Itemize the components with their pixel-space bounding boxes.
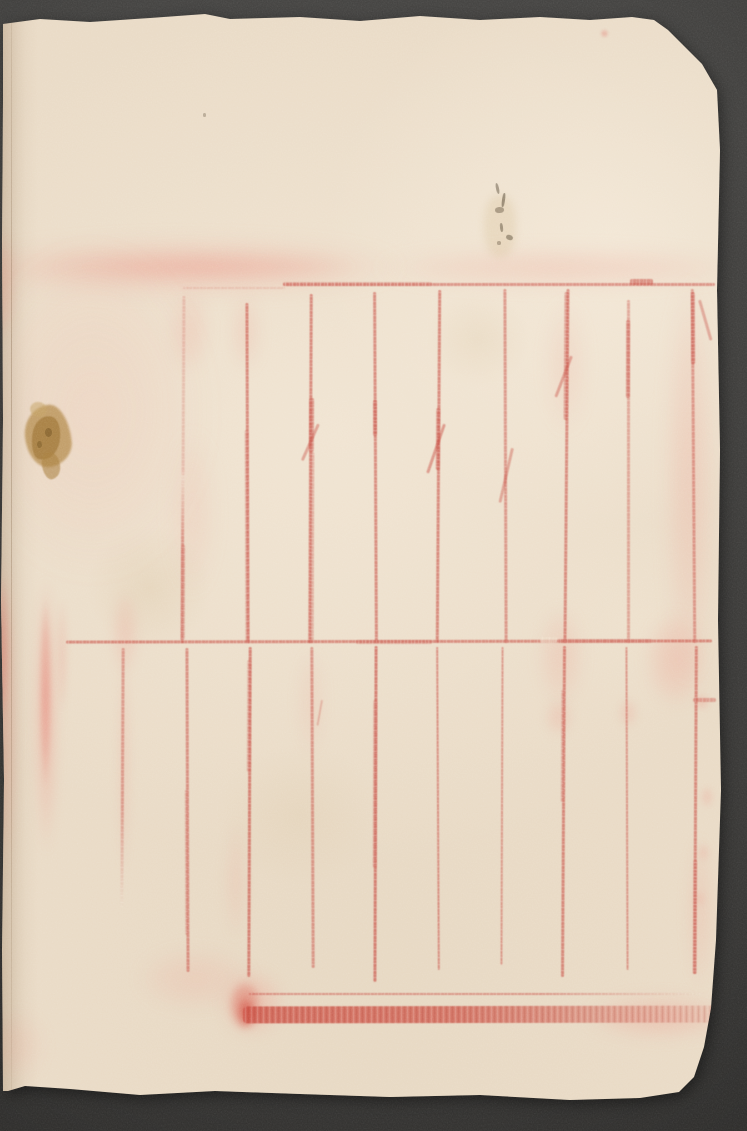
pink-offset-wash bbox=[220, 970, 284, 1036]
ink-smudge-mark bbox=[495, 183, 500, 194]
pink-offset-wash bbox=[55, 254, 355, 280]
pink-offset-wash bbox=[0, 248, 205, 573]
red-ruled-column-line bbox=[181, 545, 185, 640]
ink-smudge-mark bbox=[500, 223, 504, 232]
red-ruled-column-line bbox=[563, 289, 569, 643]
red-ruled-column-line bbox=[309, 294, 314, 643]
pink-offset-wash bbox=[700, 786, 714, 808]
red-ruled-horizontal-line bbox=[558, 639, 652, 643]
brown-adhesion-stain-blob bbox=[28, 400, 48, 419]
pink-offset-wash bbox=[0, 228, 16, 343]
pink-offset-wash bbox=[56, 598, 69, 713]
pink-offset-wash bbox=[296, 648, 326, 758]
red-ruled-column-line bbox=[561, 690, 565, 802]
red-ruled-column-line bbox=[185, 790, 189, 935]
pink-offset-wash bbox=[170, 430, 215, 595]
page-shadow bbox=[0, 0, 747, 1131]
red-ruled-column-line bbox=[373, 646, 377, 982]
ink-smudge-mark bbox=[497, 241, 501, 245]
ink-smudge-marks bbox=[0, 0, 747, 1131]
red-ruled-horizontal-line bbox=[356, 640, 432, 644]
red-ruled-column-line bbox=[627, 300, 630, 643]
red-ruled-column-line bbox=[500, 647, 503, 965]
red-ruled-column-line bbox=[185, 648, 189, 972]
ink-smudge-mark bbox=[495, 207, 504, 214]
pink-offset-wash bbox=[39, 598, 52, 788]
red-line-slash-stroke bbox=[301, 423, 320, 461]
pink-offset-wash bbox=[231, 292, 261, 372]
red-ruled-column-line bbox=[435, 290, 440, 643]
ink-smudge-mark bbox=[501, 193, 505, 207]
pink-offset-wash bbox=[0, 1010, 45, 1080]
red-ruled-horizontal-line bbox=[283, 283, 715, 286]
red-ruled-column-line bbox=[373, 700, 377, 868]
red-ruled-column-line bbox=[309, 398, 314, 452]
red-line-slash-stroke bbox=[426, 424, 446, 474]
red-ruled-column-line bbox=[181, 470, 185, 643]
brown-adhesion-stain-blob bbox=[22, 403, 74, 469]
red-ruled-horizontal-line bbox=[249, 993, 700, 996]
red-ruled-column-line bbox=[693, 860, 697, 974]
pink-offset-wash bbox=[375, 249, 745, 287]
red-ruled-column-line bbox=[503, 289, 507, 643]
pink-offset-wash bbox=[693, 890, 706, 907]
red-ruled-horizontal-line bbox=[66, 640, 712, 645]
red-ruled-column-line bbox=[247, 647, 251, 977]
red-ruled-horizontal-line bbox=[630, 279, 653, 285]
ink-smudge-mark bbox=[484, 195, 516, 257]
pink-offset-wash bbox=[33, 578, 59, 853]
fold-crease-line bbox=[11, 22, 13, 1093]
red-ruled-horizontal-line bbox=[540, 637, 557, 643]
brown-adhesion-stain-blob bbox=[45, 428, 52, 437]
pink-offset-wash bbox=[697, 843, 710, 862]
pink-offset-wash bbox=[116, 648, 132, 873]
pink-offset-wash bbox=[0, 575, 10, 725]
red-ruled-column-line bbox=[436, 647, 440, 970]
red-ruled-column-line bbox=[120, 648, 124, 908]
red-line-slash-stroke bbox=[698, 300, 712, 341]
pink-offset-wash bbox=[686, 835, 714, 990]
red-line-slash-stroke bbox=[317, 700, 324, 726]
pink-offset-washes bbox=[0, 0, 747, 1131]
red-ruling-grid bbox=[0, 0, 747, 1131]
red-line-slash-stroke bbox=[554, 355, 573, 397]
pink-offset-wash bbox=[545, 698, 573, 736]
pink-offset-wash bbox=[600, 29, 609, 38]
pink-offset-wash bbox=[228, 980, 262, 1032]
red-ruled-column-line bbox=[693, 646, 698, 974]
red-line-slash-stroke bbox=[498, 448, 513, 503]
red-ruled-horizontal-line bbox=[283, 282, 432, 285]
red-ruled-column-line bbox=[690, 289, 695, 643]
brown-adhesion-stain-blob bbox=[38, 450, 63, 481]
pink-offset-wash bbox=[225, 820, 247, 940]
pink-offset-wash bbox=[666, 278, 712, 683]
red-ruled-column-line bbox=[626, 320, 630, 398]
ink-smudge-mark bbox=[203, 113, 206, 117]
pink-offset-wash bbox=[538, 606, 584, 706]
pink-offset-wash bbox=[236, 998, 256, 1028]
adhesion-stain bbox=[0, 0, 747, 1131]
red-ruled-column-line bbox=[436, 408, 441, 470]
pink-offset-wash bbox=[545, 298, 587, 433]
red-ruled-column-line bbox=[310, 452, 314, 643]
pink-offset-wash bbox=[168, 288, 210, 373]
red-ruled-horizontal-line bbox=[183, 287, 285, 290]
pink-offset-wash bbox=[618, 698, 638, 728]
pink-offset-wash bbox=[0, 241, 400, 293]
red-ruled-column-line bbox=[564, 292, 568, 420]
pink-offset-wash bbox=[645, 612, 707, 707]
manuscript-leaf bbox=[0, 0, 747, 1131]
red-ruled-column-line bbox=[561, 646, 566, 977]
pink-offset-wash bbox=[694, 694, 710, 710]
red-ruled-column-line bbox=[310, 647, 314, 968]
pink-offset-wash bbox=[588, 996, 733, 1038]
gutter-shading bbox=[0, 0, 30, 1131]
red-ruled-horizontal-line bbox=[693, 698, 716, 702]
red-ruled-column-line bbox=[691, 292, 695, 364]
red-ruled-column-line bbox=[181, 296, 185, 475]
pink-offset-wash bbox=[138, 948, 253, 1010]
brown-adhesion-stain-blob bbox=[37, 441, 42, 448]
red-ruled-column-line bbox=[245, 303, 249, 643]
pink-offset-wash bbox=[0, 548, 16, 883]
red-ruled-column-line bbox=[625, 647, 629, 970]
red-ruled-column-line bbox=[245, 430, 249, 643]
ink-smudge-mark bbox=[505, 234, 513, 241]
red-ruled-column-line bbox=[373, 400, 377, 436]
brown-adhesion-stain-blob bbox=[29, 414, 64, 462]
pink-offset-wash bbox=[111, 590, 139, 675]
scanned-book-page bbox=[0, 0, 747, 1131]
paper-mottling bbox=[0, 0, 747, 1131]
bottom-ruling-band bbox=[243, 1006, 718, 1024]
red-ruled-column-line bbox=[247, 660, 251, 772]
red-ruled-column-line bbox=[373, 292, 378, 643]
